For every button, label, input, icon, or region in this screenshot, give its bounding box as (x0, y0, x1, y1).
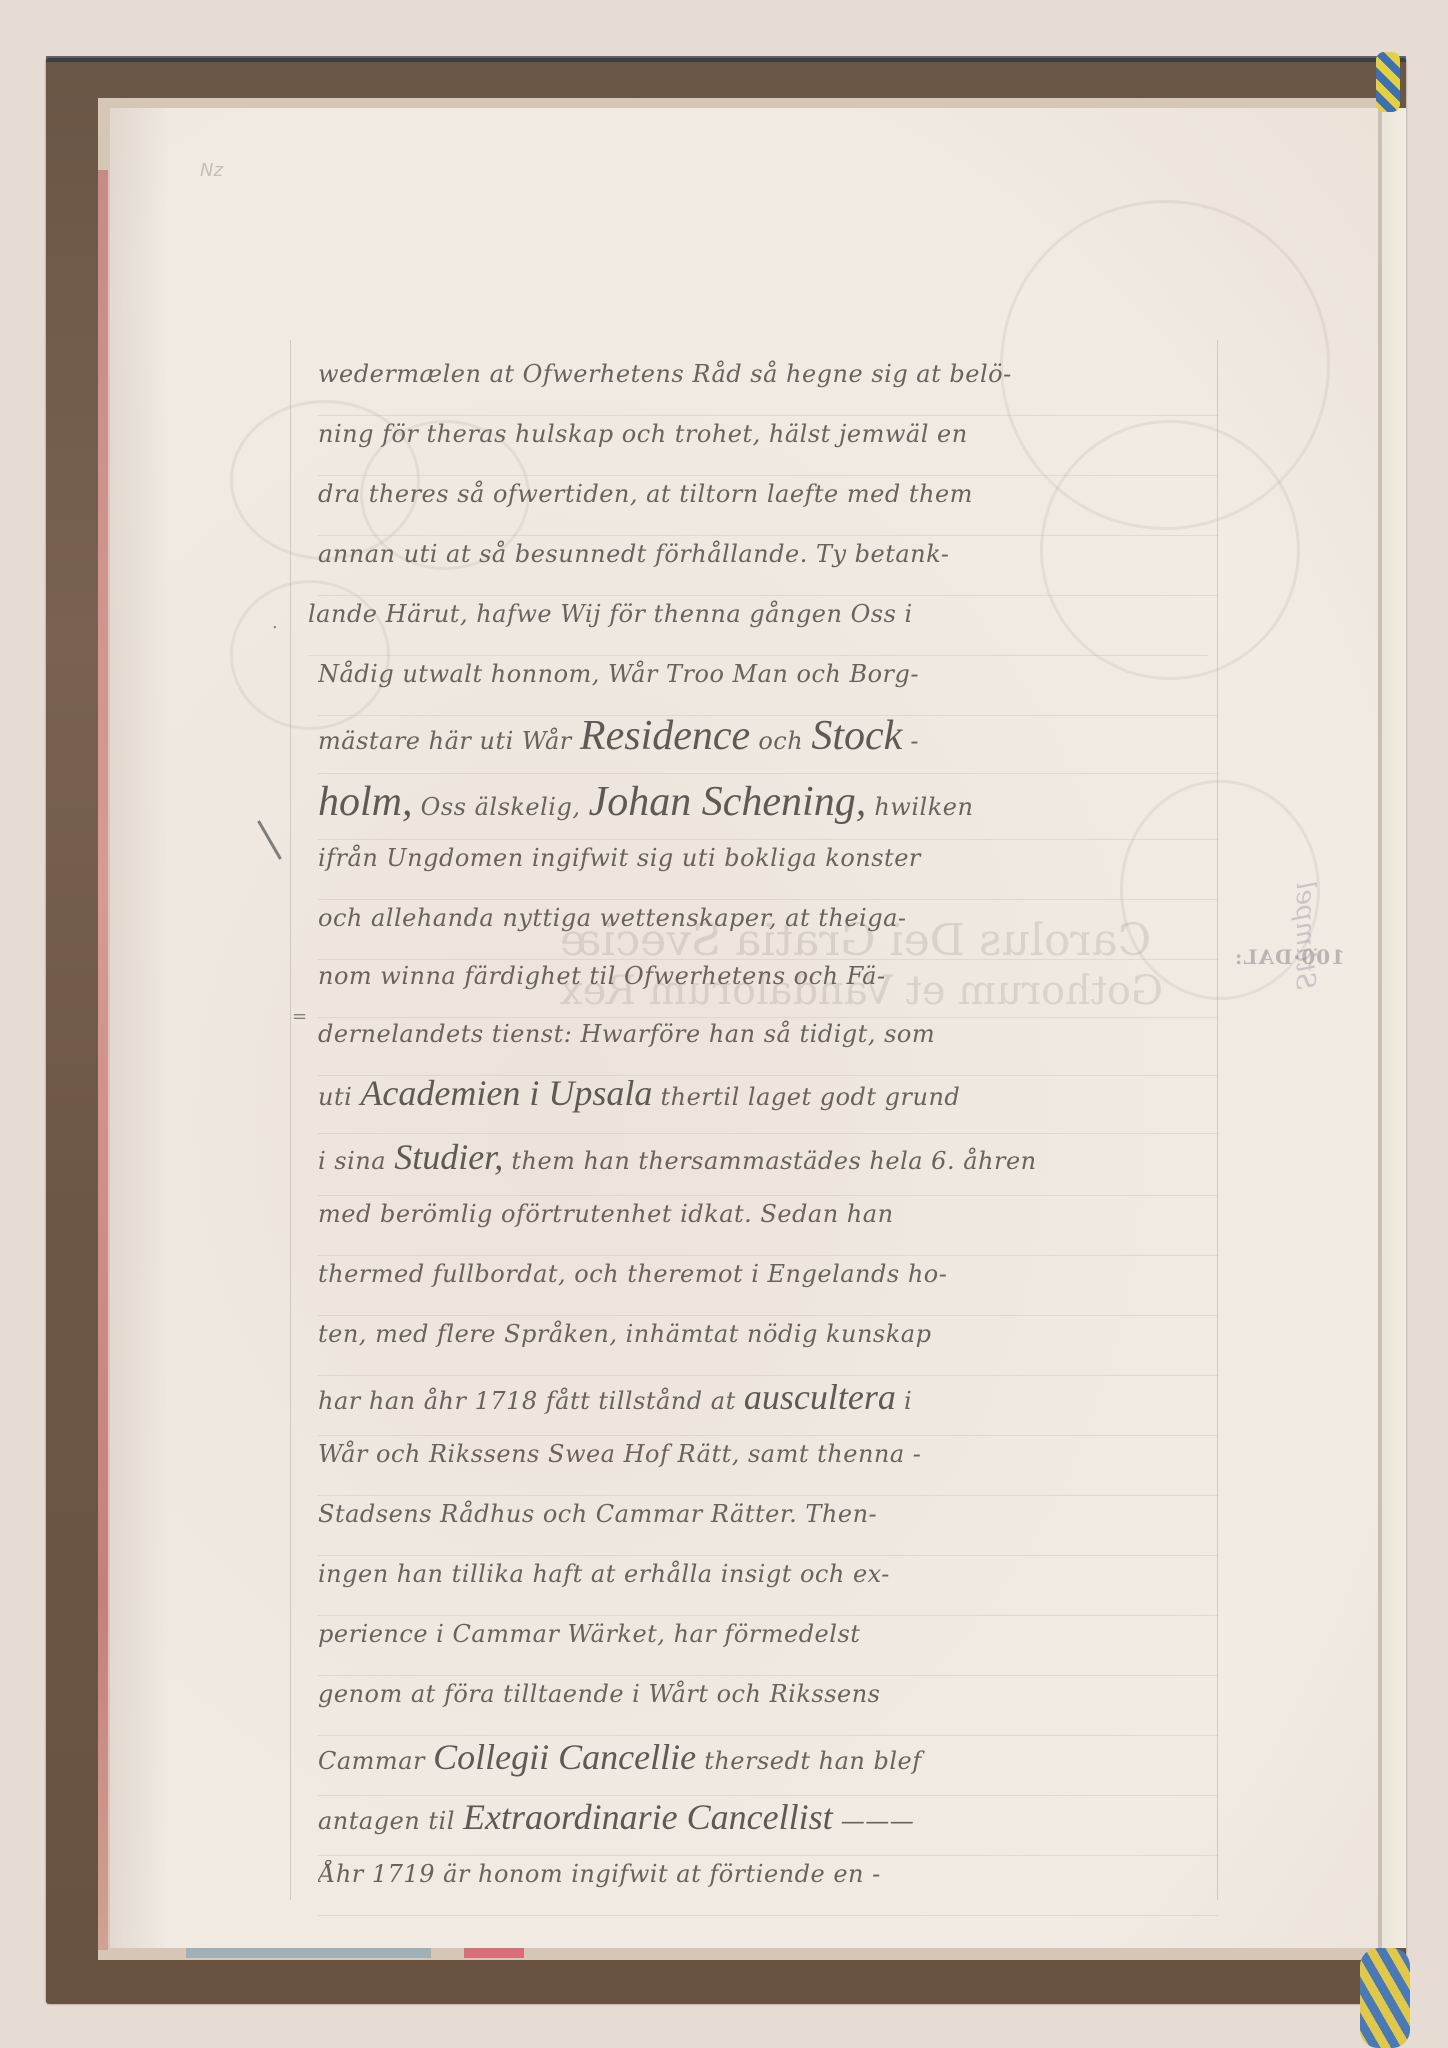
line-text: uti (318, 1083, 352, 1111)
latin-word: Residence (580, 713, 750, 759)
next-page-edge (1382, 108, 1406, 1948)
line-text: i (904, 1387, 912, 1415)
text-line: Stadsens Rådhus och Cammar Rätter. Then- (318, 1500, 1218, 1556)
text-line: wedermælen at Ofwerhetens Råd så hegne s… (318, 360, 1218, 416)
line-text: har han åhr 1718 fått tillstånd at (318, 1387, 736, 1415)
line-text: hwilken (874, 793, 973, 821)
text-line: Nådig utwalt honnom, Wår Troo Man och Bo… (318, 660, 1218, 716)
latin-word: Extraordinarie Cancellist (463, 1797, 833, 1837)
text-line: thermed fullbordat, och theremot i Engel… (318, 1260, 1218, 1316)
margin-dot-mark: . (272, 612, 278, 633)
line-text: Cammar (318, 1747, 425, 1775)
line-text: Oss älskelig, (421, 793, 581, 821)
text-line: mästare här uti Wår Residence och Stock … (318, 712, 1218, 774)
line-text: - (910, 727, 919, 755)
latin-word: Studier, (394, 1137, 503, 1177)
text-line: lande Härut, hafwe Wij för thenna gången… (308, 600, 1208, 656)
binding-cord-top-icon (1376, 52, 1400, 112)
text-line: i sina Studier, them han thersammastädes… (318, 1136, 1218, 1196)
text-line: annan uti at så besunnedt förhållande. T… (318, 540, 1218, 596)
pencil-mark: Nz (200, 160, 223, 181)
text-line: uti Academien i Upsala thertil laget god… (318, 1072, 1218, 1134)
cover-top-edge (46, 56, 1406, 62)
latin-word: Stock (811, 713, 902, 759)
text-line: genom at föra tilltaende i Wårt och Riks… (318, 1680, 1218, 1736)
line-text: them han thersammastädes hela 6. åhren (511, 1147, 1036, 1175)
text-line: perience i Cammar Wärket, har förmedelst (318, 1620, 1218, 1676)
text-line: har han åhr 1718 fått tillstånd at auscu… (318, 1376, 1218, 1436)
text-line: antagen til Extraordinarie Cancellist ——… (318, 1796, 1218, 1856)
line-text: ——— (841, 1807, 915, 1835)
text-line: ingen han tillika haft at erhålla insigt… (318, 1560, 1218, 1616)
text-line: med berömlig oförtrutenhet idkat. Sedan … (318, 1200, 1218, 1256)
latin-word: Academien i Upsala (360, 1073, 652, 1113)
text-line: Åhr 1719 är honom ingifwit at förtiende … (318, 1860, 1218, 1916)
latin-name: Johan Schening, (589, 779, 867, 825)
line-text: mästare här uti Wår (318, 727, 572, 755)
text-line: och allehanda nyttiga wettenskaper, at t… (318, 904, 1218, 960)
line-text: thersedt han blef (704, 1747, 921, 1775)
line-text: och (758, 727, 803, 755)
endpaper-blue-edge (186, 1948, 431, 1958)
latin-word: auscultera (744, 1377, 896, 1417)
text-line: dernelandets tienst: Hwarföre han så tid… (318, 1020, 1218, 1076)
text-line: ten, med flere Språken, inhämtat nödig k… (318, 1320, 1218, 1376)
binding-cord-bottom-icon (1360, 1948, 1410, 2048)
text-line: dra theres så ofwertiden, at tiltorn lae… (318, 480, 1218, 536)
text-line: Cammar Collegii Cancellie thersedt han b… (318, 1736, 1218, 1796)
text-line: Wår och Rikssens Swea Hof Rätt, samt the… (318, 1440, 1218, 1496)
stamp-vertical: Stämpel (1290, 881, 1320, 990)
latin-word: Collegii Cancellie (433, 1737, 696, 1777)
line-text: thertil laget godt grund (661, 1083, 961, 1111)
text-line: nom winna färdighet til Ofwerhetens och … (318, 962, 1218, 1018)
endpaper-pink-edge (98, 170, 108, 1950)
text-line: ifrån Ungdomen ingifwit sig uti bokliga … (318, 844, 1218, 900)
latin-word: holm, (318, 779, 413, 825)
text-line: holm, Oss älskelig, Johan Schening, hwil… (318, 778, 1218, 840)
line-text: i sina (318, 1147, 386, 1175)
page-shadow (110, 108, 170, 1948)
text-line: ning för theras hulskap och trohet, häls… (318, 420, 1218, 476)
line-text: antagen til (318, 1807, 455, 1835)
